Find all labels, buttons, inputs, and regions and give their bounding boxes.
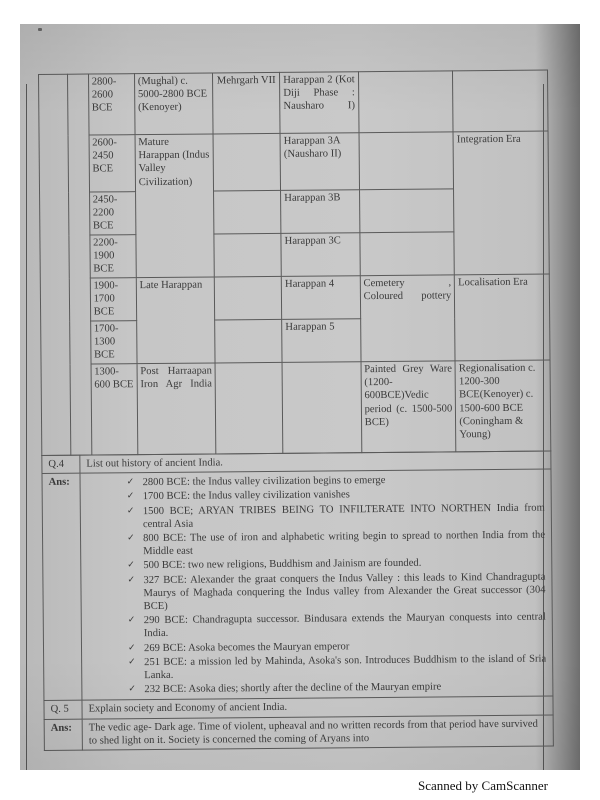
table-row: 2800-2600 BCE (Mughal) c. 5000-2800 BCE … xyxy=(39,70,549,135)
timeline-item-text: 500 BCE: two new religions, Buddhism and… xyxy=(143,558,421,571)
culture-cell xyxy=(358,71,453,133)
period-cell: 2800-2600 BCE xyxy=(88,74,135,135)
culture-cell xyxy=(359,189,454,233)
timeline-item: ✓290 BCE: Chandragupta successor. Bindus… xyxy=(128,611,546,641)
answer-label: Ans: xyxy=(42,473,82,701)
period-cell: 1900-1700 BCE xyxy=(90,278,137,321)
harappan-cell: Harappan 3C xyxy=(281,233,360,277)
harappan-cell: Harappan 3B xyxy=(281,190,360,234)
timeline-item-text: 1500 BCE; ARYAN TRIBES BEING TO INFILTER… xyxy=(143,502,545,530)
question-number: Q. 5 xyxy=(44,701,82,720)
mehrgarh-cell xyxy=(215,319,282,363)
question-number: Q.4 xyxy=(42,455,80,474)
checkmark-icon: ✓ xyxy=(127,560,135,573)
culture-cell xyxy=(359,132,454,190)
answer-row-q5: Ans: The vedic age- Dark age. Time of vi… xyxy=(44,715,553,751)
harappan-cell: Harappan 5 xyxy=(282,319,361,363)
era-cell: Integration Era xyxy=(453,131,549,275)
timeline-item: ✓1500 BCE; ARYAN TRIBES BEING TO INFILTE… xyxy=(127,501,545,531)
mehrgarh-cell xyxy=(215,362,283,454)
era-cell: Regionalisation c. 1200-300 BCE(Kenoyer)… xyxy=(455,360,550,452)
checkmark-icon: ✓ xyxy=(128,642,136,655)
mehrgarh-cell xyxy=(215,276,282,320)
phase-cell: Post Harraapan Iron Agr India xyxy=(137,363,216,455)
phase-cell: Late Harappan xyxy=(136,277,215,364)
camscanner-watermark: Scanned by CamScanner xyxy=(418,778,548,794)
period-cell: 2200-1900 BCE xyxy=(90,235,137,278)
phase-cell: Mature Harappan (Indus Valley Civilizati… xyxy=(135,134,215,278)
checkmark-icon: ✓ xyxy=(127,476,135,489)
mehrgarh-cell xyxy=(214,233,281,277)
mehrgarh-cell xyxy=(214,190,281,234)
answer-row-q4: Ans: ✓2800 BCE: the Indus valley civiliz… xyxy=(42,469,553,701)
timeline-item-text: 232 BCE: Asoka dies; shortly after the d… xyxy=(144,682,441,696)
scanned-page: 2800-2600 BCE (Mughal) c. 5000-2800 BCE … xyxy=(20,24,580,770)
timeline-item-text: 251 BCE: a mission led by Mahinda, Asoka… xyxy=(144,653,546,681)
table-row: 2600-2450 BCE Mature Harappan (Indus Val… xyxy=(39,131,548,192)
timeline-item-text: 327 BCE: Alexander the graat conquers th… xyxy=(143,571,545,612)
timeline-item-text: 2800 BCE: the Indus valley civilization … xyxy=(143,475,386,488)
document-sheet: 2800-2600 BCE (Mughal) c. 5000-2800 BCE … xyxy=(38,70,554,751)
harappan-cell: Harappan 4 xyxy=(281,276,360,320)
phase-cell: (Mughal) c. 5000-2800 BCE (Kenoyer) xyxy=(134,73,213,135)
period-cell: 1300-600 BCE xyxy=(91,364,138,455)
mehrgarh-cell xyxy=(213,133,280,191)
scan-speck xyxy=(38,28,42,31)
culture-cell: Painted Grey Ware (1200-600BCE)Vedic per… xyxy=(361,361,456,453)
timeline-item: ✓327 BCE: Alexander the graat conquers t… xyxy=(127,570,545,613)
period-cell: 2600-2450 BCE xyxy=(89,135,136,192)
mehrgarh-cell: Mehrgarh VII xyxy=(213,72,280,134)
checkmark-icon: ✓ xyxy=(128,656,136,669)
era-cell: Localisation Era xyxy=(455,274,550,361)
era-cell xyxy=(453,70,548,132)
qa-table: Q.4 List out history of ancient India. A… xyxy=(41,451,554,752)
period-cell: 1700-1300 BCE xyxy=(90,321,137,364)
chronology-table: 2800-2600 BCE (Mughal) c. 5000-2800 BCE … xyxy=(38,70,551,456)
checkmark-icon: ✓ xyxy=(127,574,135,587)
timeline-item: ✓232 BCE: Asoka dies; shortly after the … xyxy=(128,680,546,697)
timeline-item-text: 1700 BCE: the Indus valley civilization … xyxy=(143,490,350,503)
answer-text: The vedic age- Dark age. Time of violent… xyxy=(82,715,553,751)
answer-label: Ans: xyxy=(44,719,82,751)
checkmark-icon: ✓ xyxy=(127,505,135,518)
culture-cell xyxy=(360,232,455,276)
checkmark-icon: ✓ xyxy=(127,532,135,545)
timeline-list: ✓2800 BCE: the Indus valley civilization… xyxy=(87,473,547,697)
table-row: 1300-600 BCE Post Harraapan Iron Agr Ind… xyxy=(41,360,551,455)
checkmark-icon: ✓ xyxy=(128,683,136,696)
harappan-cell: Harappan 2 (Kot Diji Phase : Nausharo I) xyxy=(280,72,359,134)
blank-cell xyxy=(39,74,71,455)
harappan-cell: Harappan 3A (Nausharo II) xyxy=(280,133,359,191)
timeline-item-text: 290 BCE: Chandragupta successor. Bindusa… xyxy=(144,612,546,640)
period-cell: 2450-2200 BCE xyxy=(89,192,136,235)
timeline-item: ✓800 BCE: The use of iron and alphabetic… xyxy=(127,529,545,559)
checkmark-icon: ✓ xyxy=(128,614,136,627)
answer-body: ✓2800 BCE: the Indus valley civilization… xyxy=(80,469,553,700)
culture-cell: Cemetery , Coloured pottery xyxy=(360,275,455,362)
timeline-item-text: 269 BCE: Asoka becomes the Mauryan emper… xyxy=(144,641,349,654)
checkmark-icon: ✓ xyxy=(127,491,135,504)
harappan-cell xyxy=(282,362,361,454)
table-row: 1900-1700 BCE Late Harappan Harappan 4 C… xyxy=(40,274,549,321)
timeline-item: ✓251 BCE: a mission led by Mahinda, Asok… xyxy=(128,652,546,682)
timeline-item-text: 800 BCE: The use of iron and alphabetic … xyxy=(143,530,545,558)
